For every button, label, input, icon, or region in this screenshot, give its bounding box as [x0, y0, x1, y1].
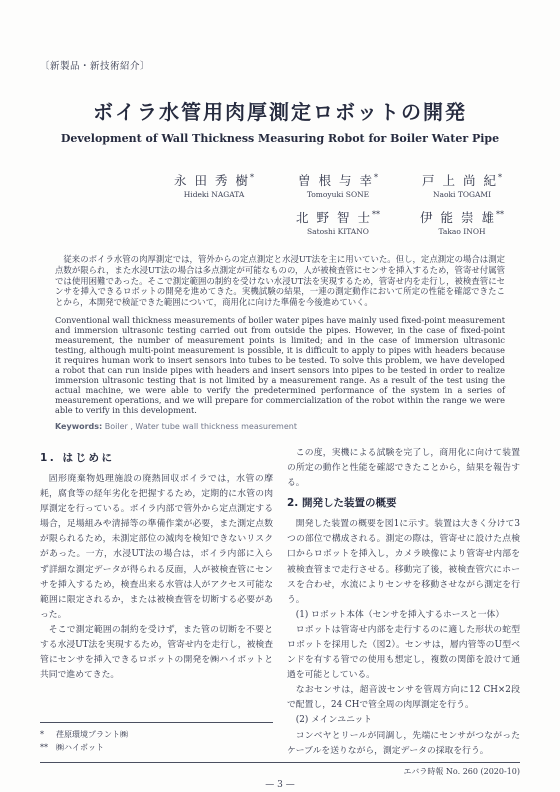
paper-title-english: Development of Wall Thickness Measuring …	[40, 132, 520, 145]
author-name-en: Satoshi KITANO	[276, 227, 400, 236]
footnote-mark: *	[40, 728, 56, 741]
footnotes-block: * 荏原環境プラント㈱ ** ㈱ハイボット	[40, 722, 273, 756]
page-number: — 3 —	[40, 780, 520, 790]
author-name-ja: 伊 能 崇 雄**	[400, 208, 524, 226]
footnote-mark: **	[40, 741, 56, 754]
author-name-ja: 戸 上 尚 紀*	[400, 171, 524, 189]
right-intro-paragraph: この度，実機による試験を完了し，商用化に向けて装置の所定の動作と性能を確認できた…	[287, 446, 520, 491]
author-name-ja: 曽 根 与 幸*	[276, 171, 400, 189]
affiliation-mark: *	[250, 173, 254, 182]
author-togami: 戸 上 尚 紀* Naoki TOGAMI	[400, 171, 524, 199]
footnote-text: ㈱ハイボット	[56, 741, 104, 754]
left-paragraph-1: 固形廃棄物処理施設の廃熱回収ボイラでは，水管の摩耗，腐食等の経年劣化を把握するた…	[40, 472, 273, 623]
item-1-paragraph-1: ロボットは管寄せ内部を走行するのに適した形状の蛇型ロボットを採用した（図2）。セ…	[287, 623, 520, 683]
item-1-paragraph-2: なおセンサは，超音波センサを管周方向に12 CH×2段で配置し，24 CHで管全…	[287, 683, 520, 713]
item-2-paragraph: コンベヤとリールが同調し，先端にセンサがつながったケーブルを送りながら，測定デー…	[287, 729, 520, 759]
affiliation-mark: **	[372, 210, 380, 219]
author-kitano: 北 野 智 士** Satoshi KITANO	[276, 208, 400, 236]
author-name-en: Takao INOH	[400, 227, 524, 236]
author-inoh: 伊 能 崇 雄** Takao INOH	[400, 208, 524, 236]
paper-page: 〔新製品・新技術紹介〕 ボイラ水管用肉厚測定ロボットの開発 Developmen…	[0, 0, 560, 792]
paper-title-japanese: ボイラ水管用肉厚測定ロボットの開発	[40, 96, 520, 125]
affiliation-mark: *	[374, 173, 378, 182]
section-1-heading: 1. はじめに	[40, 451, 273, 465]
abstract-english: Conventional wall thickness measurements…	[55, 315, 505, 415]
left-paragraph-2: そこで測定範囲の制約を受けず，また管の切断を不要とする水浸UT法を実現するため，…	[40, 623, 273, 683]
item-1-heading: (1) ロボット本体（センサを挿入するホースと一体）	[287, 608, 520, 623]
author-name-en: Naoki TOGAMI	[400, 190, 524, 199]
keywords-line: Keywords: Boiler , Water tube wall thick…	[55, 422, 505, 431]
item-2-heading: (2) メインユニット	[287, 713, 520, 728]
author-name-en: Hideki NAGATA	[152, 190, 276, 199]
affiliation-mark: **	[496, 210, 504, 219]
section-2-heading: 2. 開発した装置の概要	[287, 496, 520, 510]
right-column: この度，実機による試験を完了し，商用化に向けて装置の所定の動作と性能を確認できた…	[287, 446, 520, 756]
author-name-ja: 北 野 智 士**	[276, 208, 400, 226]
abstract-japanese: 従来のボイラ水管の肉厚測定では，管外からの定点測定と水浸UT法を主に用いていた。…	[55, 254, 505, 308]
device-overview-paragraph: 開発した装置の概要を図1に示す。装置は大きく分けて3つの部位で構成される。測定の…	[287, 517, 520, 608]
footer-divider	[40, 762, 520, 763]
authors-block: 永 田 秀 樹* Hideki NAGATA 曽 根 与 幸* Tomoyuki…	[152, 171, 524, 236]
category-label: 〔新製品・新技術紹介〕	[40, 58, 520, 72]
footnote-affiliation-2: ** ㈱ハイボット	[40, 741, 273, 754]
left-column: 1. はじめに 固形廃棄物処理施設の廃熱回収ボイラでは，水管の摩耗，腐食等の経年…	[40, 446, 273, 756]
author-name-en: Tomoyuki SONE	[276, 190, 400, 199]
keywords-label: Keywords:	[55, 422, 102, 431]
footnote-text: 荏原環境プラント㈱	[56, 728, 128, 741]
journal-issue-label: エバラ時報 No. 260 (2020-10)	[40, 766, 520, 777]
author-sone: 曽 根 与 幸* Tomoyuki SONE	[276, 171, 400, 199]
author-nagata: 永 田 秀 樹* Hideki NAGATA	[152, 171, 276, 199]
author-name-ja: 永 田 秀 樹*	[152, 171, 276, 189]
body-columns: 1. はじめに 固形廃棄物処理施設の廃熱回収ボイラでは，水管の摩耗，腐食等の経年…	[40, 446, 520, 756]
keywords-text: Boiler , Water tube wall thickness measu…	[105, 422, 297, 431]
affiliation-mark: *	[498, 173, 502, 182]
footnote-affiliation-1: * 荏原環境プラント㈱	[40, 728, 273, 741]
